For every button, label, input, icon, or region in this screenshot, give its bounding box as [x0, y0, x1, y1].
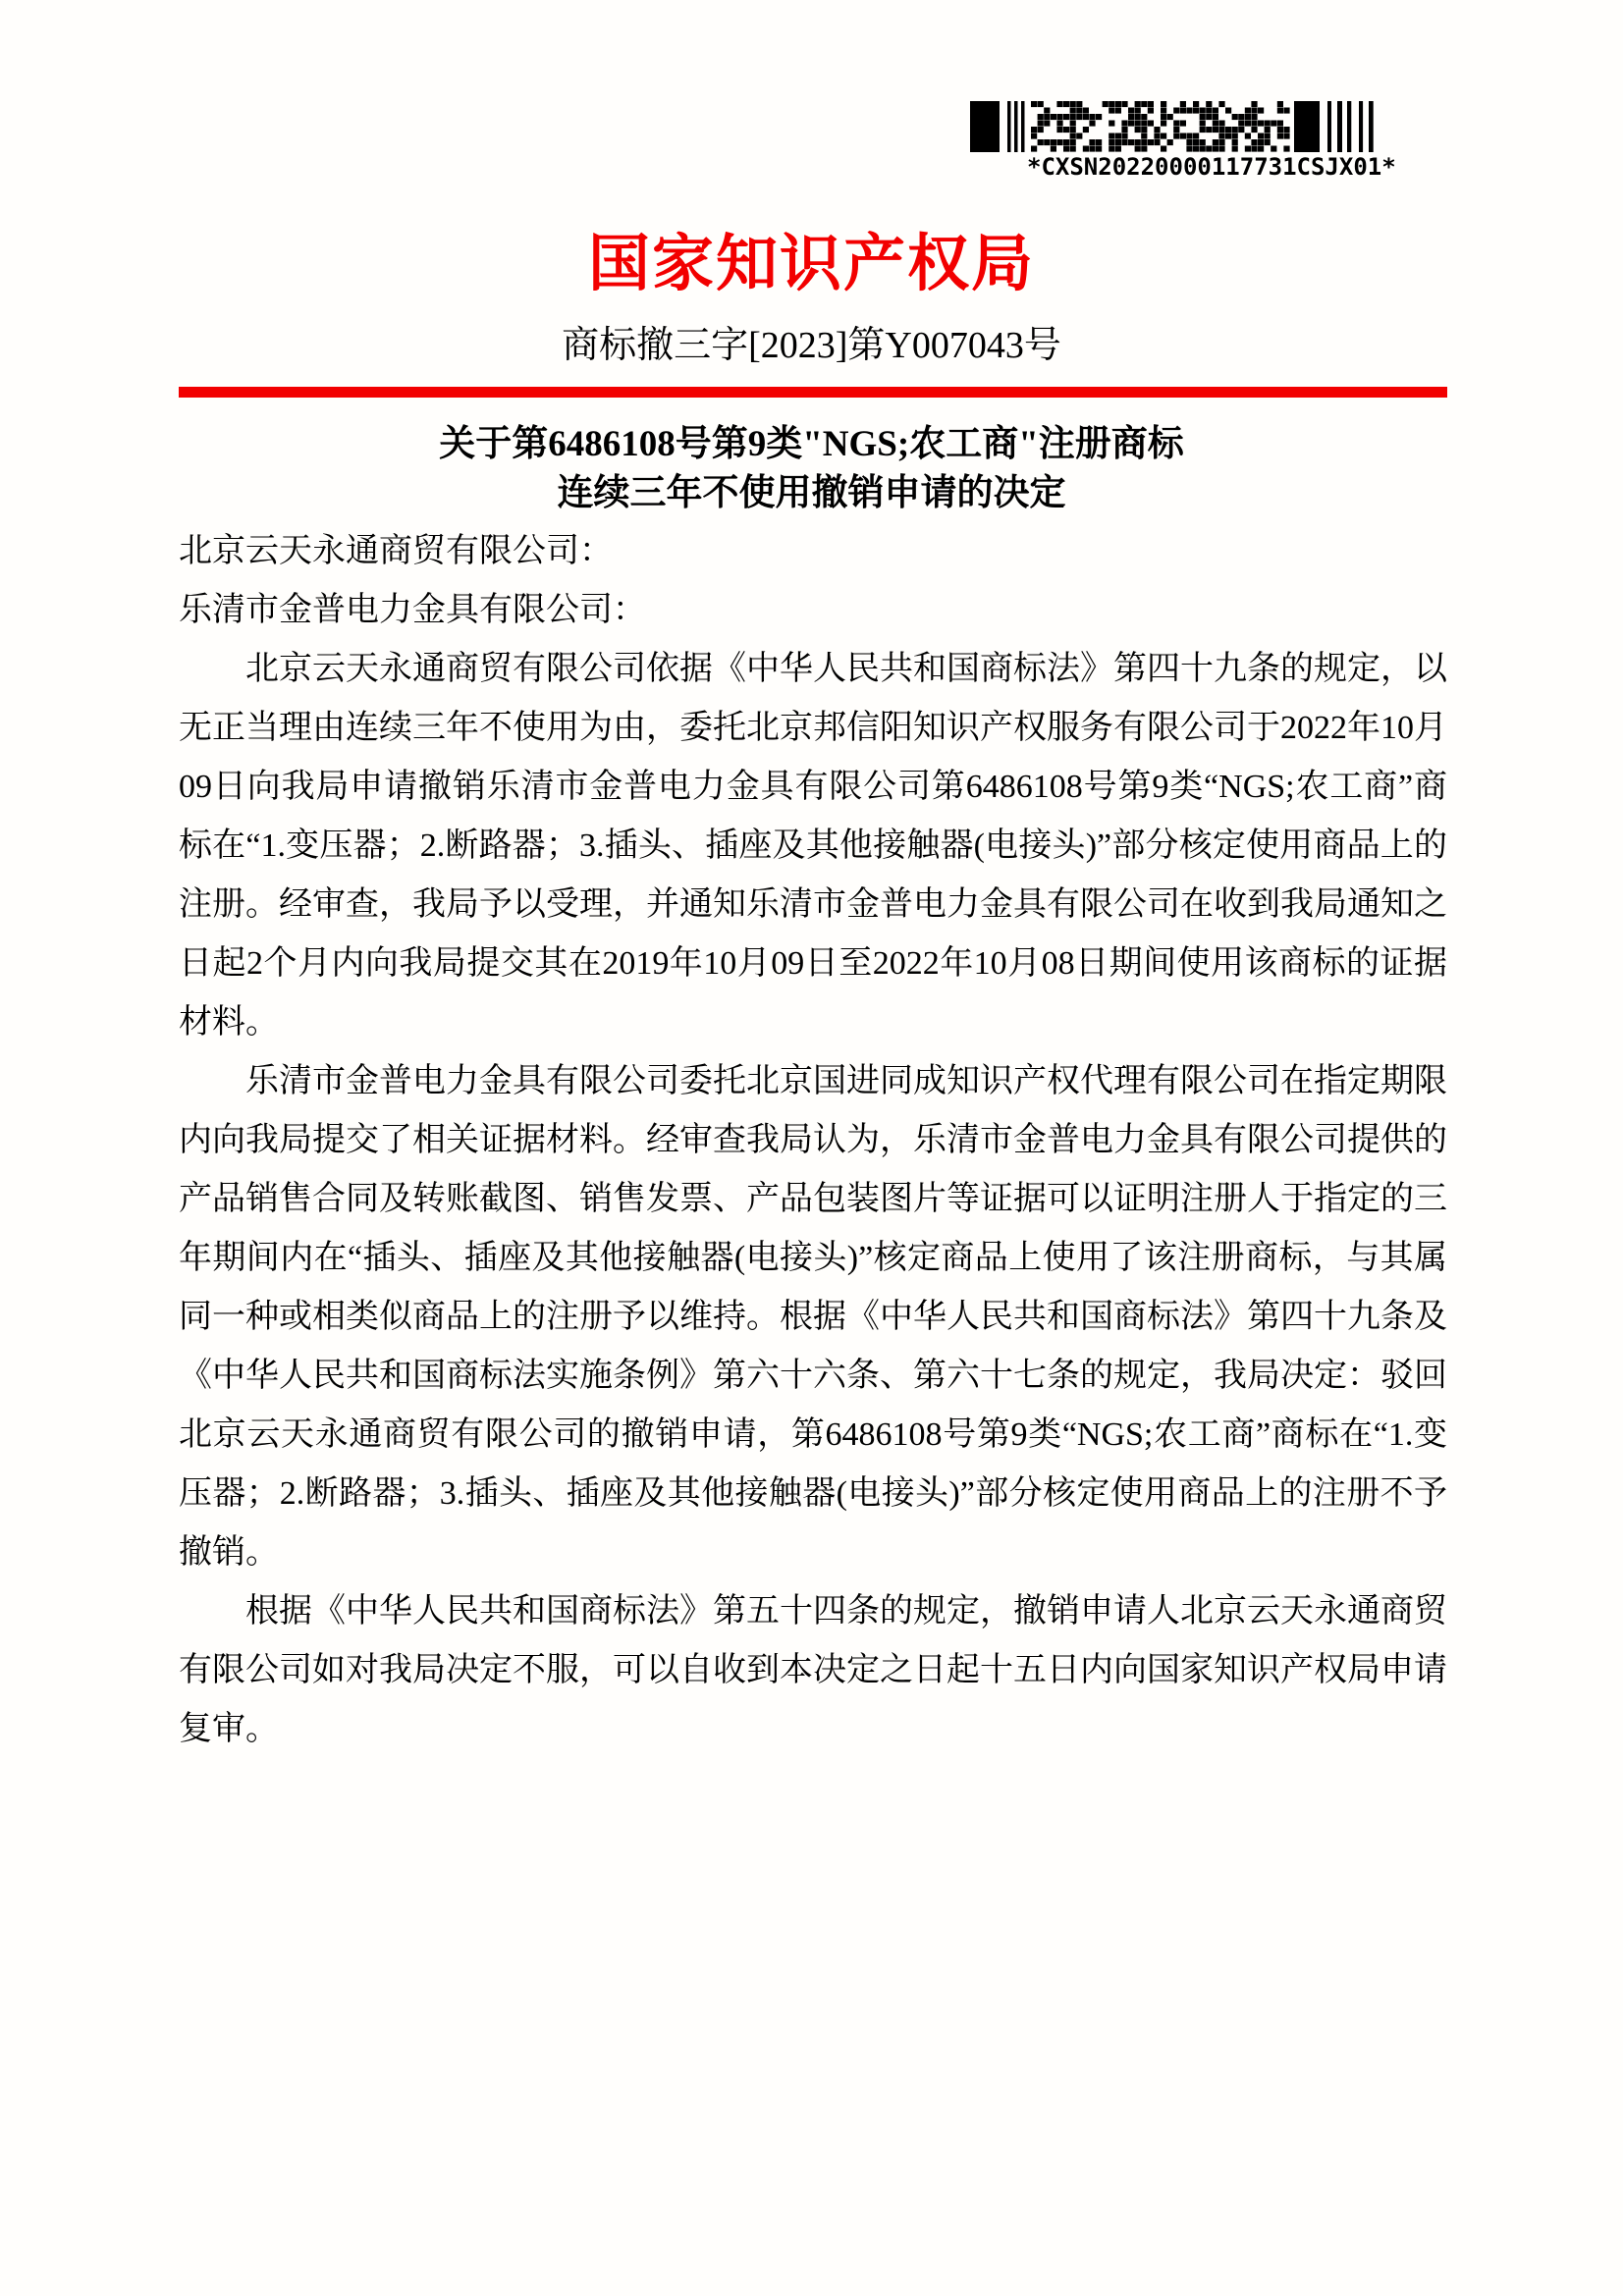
body-paragraph: 北京云天永通商贸有限公司依据《中华人民共和国商标法》第四十九条的规定，以无正当理… [179, 640, 1447, 1052]
subject-heading-line2: 连续三年不使用撤销申请的决定 [0, 469, 1623, 518]
recipient-line: 北京云天永通商贸有限公司： [179, 522, 1447, 581]
barcode-image [970, 101, 1378, 152]
document-page: *CXSN20220000117731CSJX01* 国家知识产权局 商标撤三字… [0, 0, 1623, 2296]
red-divider-rule [179, 387, 1447, 398]
barcode-text: *CXSN20220000117731CSJX01* [970, 153, 1389, 181]
subject-heading: 关于第6486108号第9类"NGS;农工商"注册商标 连续三年不使用撤销申请的… [0, 420, 1623, 518]
body-paragraph: 根据《中华人民共和国商标法》第五十四条的规定，撤销申请人北京云天永通商贸有限公司… [179, 1582, 1447, 1759]
agency-title: 国家知识产权局 [0, 214, 1623, 303]
subject-heading-line1: 关于第6486108号第9类"NGS;农工商"注册商标 [0, 420, 1623, 469]
recipient-line: 乐清市金普电力金具有限公司： [179, 581, 1447, 640]
barcode: *CXSN20220000117731CSJX01* [970, 101, 1389, 181]
document-body: 北京云天永通商贸有限公司： 乐清市金普电力金具有限公司： 北京云天永通商贸有限公… [179, 522, 1447, 1759]
document-number: 商标撤三字[2023]第Y007043号 [0, 314, 1623, 368]
body-paragraph: 乐清市金普电力金具有限公司委托北京国进同成知识产权代理有限公司在指定期限内向我局… [179, 1052, 1447, 1582]
